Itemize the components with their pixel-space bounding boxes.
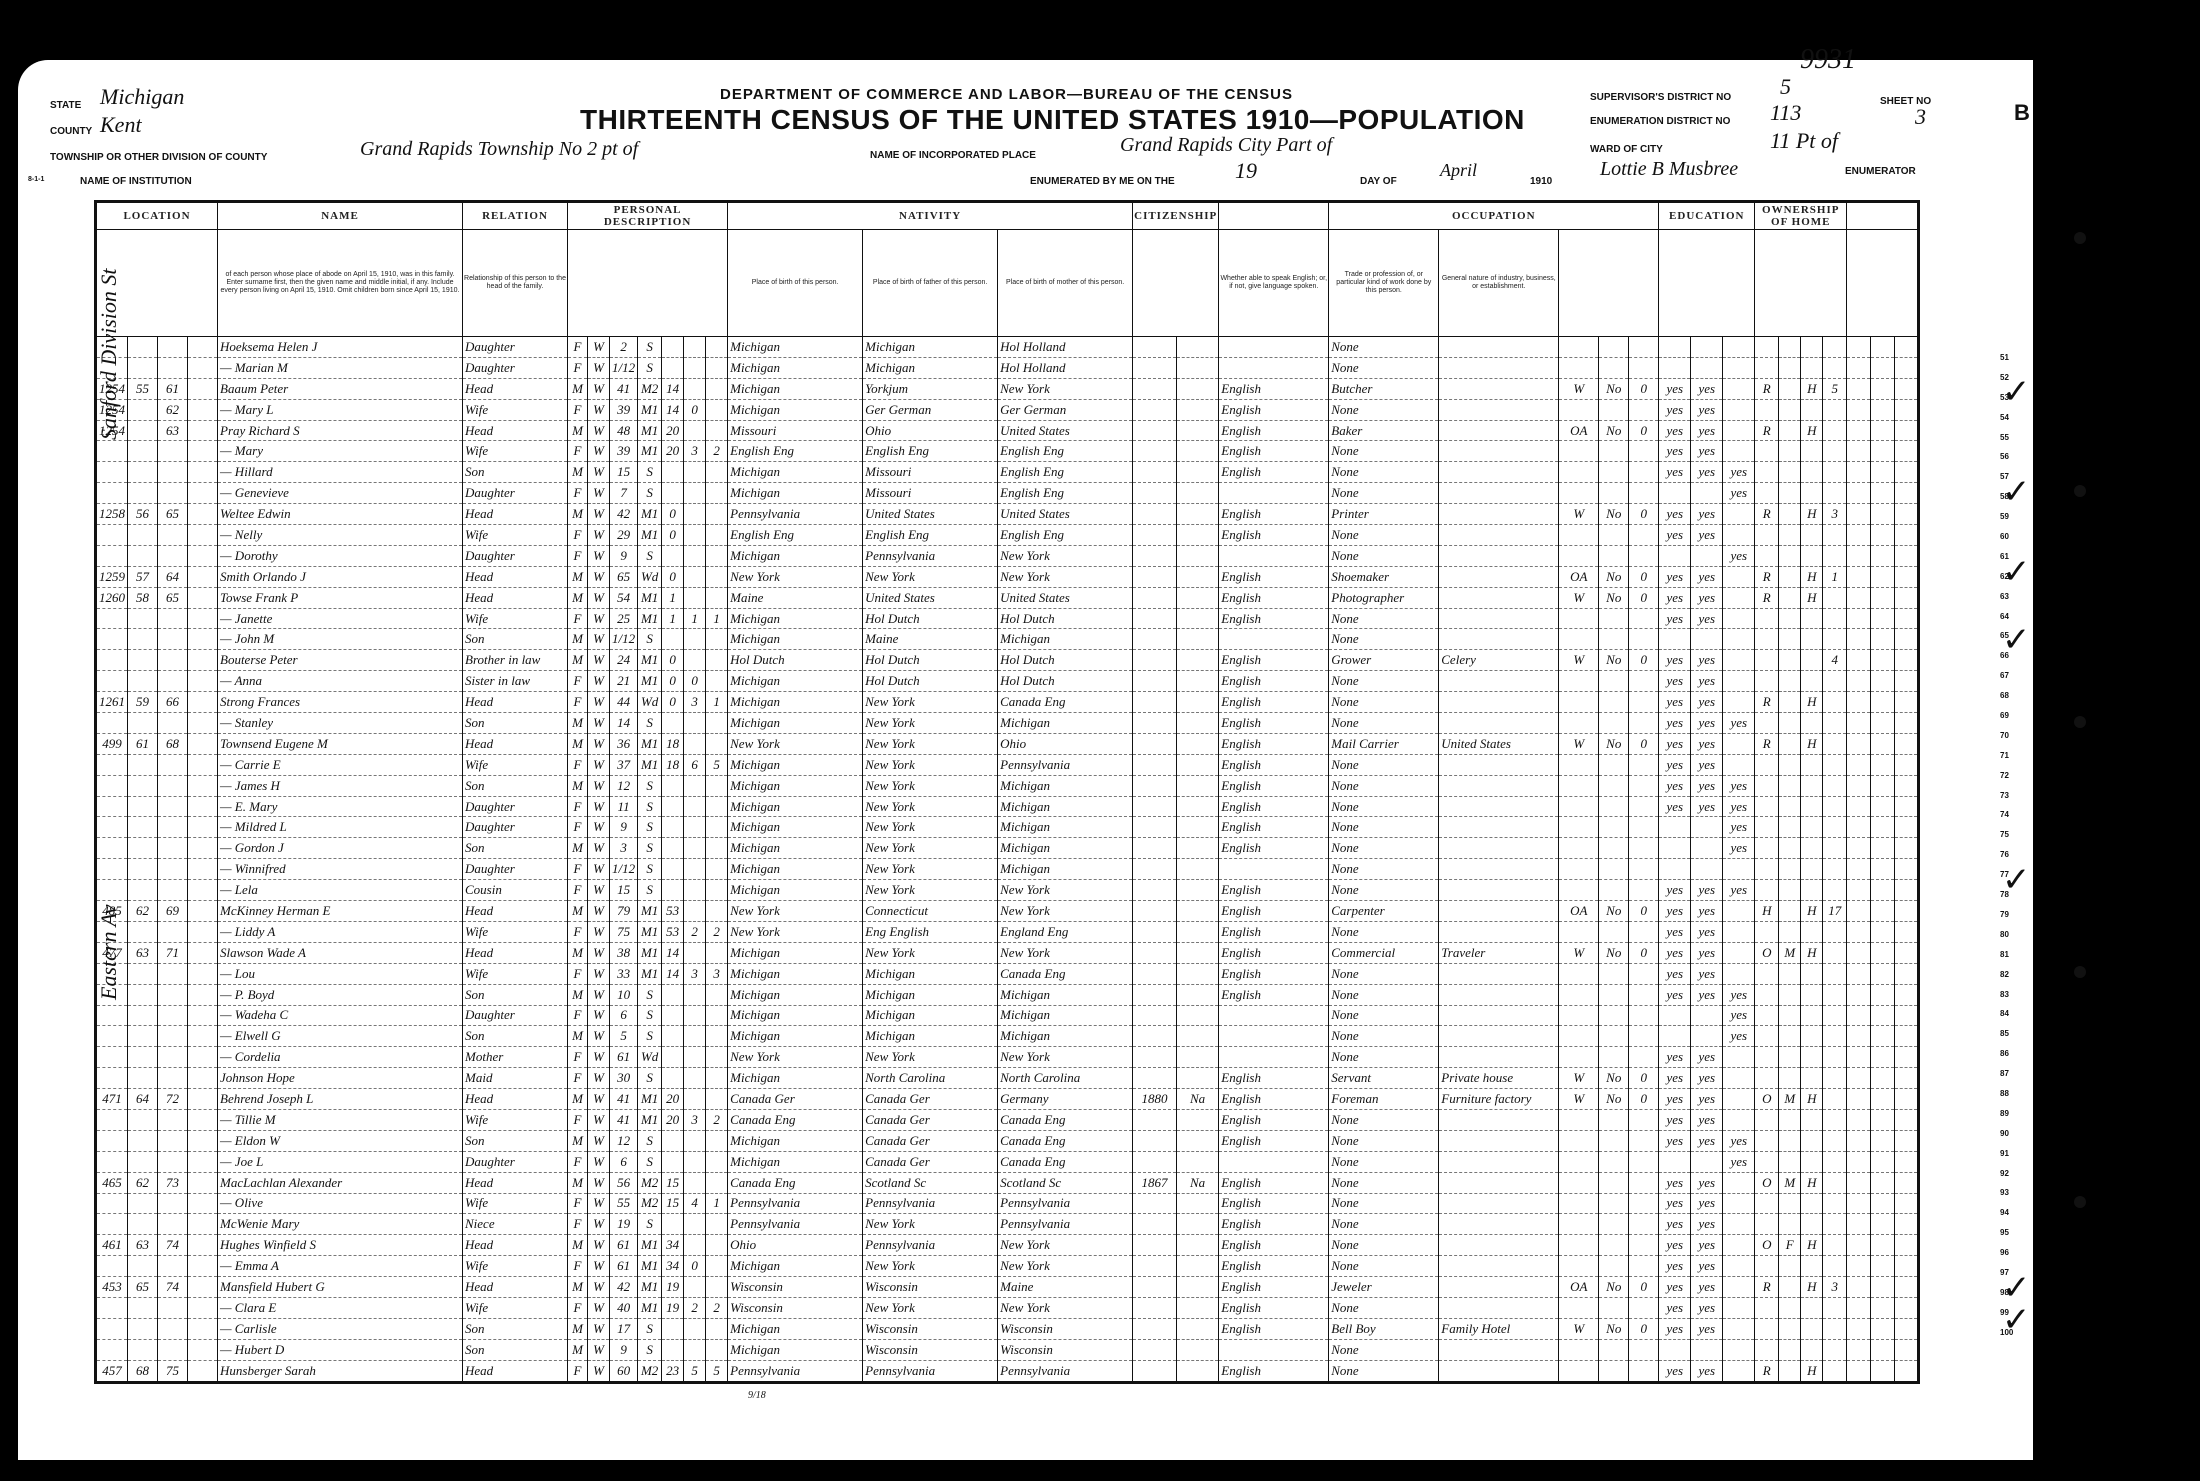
- cell-occupation: Jeweler: [1329, 1277, 1439, 1298]
- cell-birth: Pennsylvania: [728, 504, 863, 525]
- cell-sched: 3: [1823, 1277, 1847, 1298]
- cell-weeks: [1629, 692, 1659, 713]
- cell-mort: [1779, 545, 1801, 566]
- cell-marital: M1: [638, 504, 662, 525]
- cell-immig: [1133, 545, 1177, 566]
- cell-age: 1/12: [610, 859, 638, 880]
- cell-language: English: [1219, 1089, 1329, 1110]
- cell-x3: [1895, 608, 1919, 629]
- cell-x1: [1847, 1214, 1871, 1235]
- cell-line-blank: [188, 378, 218, 399]
- cell-immig: [1133, 1151, 1177, 1172]
- cell-immig: [1133, 880, 1177, 901]
- cell-occupation: None: [1329, 483, 1439, 504]
- cell-weeks: [1629, 441, 1659, 462]
- checkmark-icon: ✓: [2002, 1300, 2031, 1340]
- cell-children-living: [706, 1130, 728, 1151]
- cell-occupation: None: [1329, 817, 1439, 838]
- cell-x2: [1871, 1089, 1895, 1110]
- cell-father-birth: United States: [863, 504, 998, 525]
- cell-children-born: [684, 1277, 706, 1298]
- cell-read: yes: [1659, 754, 1691, 775]
- cell-industry: [1439, 629, 1559, 650]
- cell-sex: F: [568, 337, 588, 358]
- sheet-side: B: [2014, 100, 2030, 126]
- cell-write: yes: [1691, 1047, 1723, 1068]
- cell-name: Townsend Eugene M: [218, 733, 463, 754]
- cell-family: [158, 1026, 188, 1047]
- cell-write: yes: [1691, 775, 1723, 796]
- cell-family: 63: [158, 420, 188, 441]
- table-row: — Emma AWifeFW61M1340MichiganNew YorkNew…: [96, 1256, 1919, 1277]
- cell-industry: [1439, 1256, 1559, 1277]
- cell-sex: M: [568, 378, 588, 399]
- cell-father-birth: Michigan: [863, 984, 998, 1005]
- cell-sex: F: [568, 1297, 588, 1318]
- cell-birth: Canada Ger: [728, 1089, 863, 1110]
- punch-hole-icon: [2074, 232, 2086, 244]
- cell-street-no: [96, 1256, 128, 1277]
- cell-school: [1723, 1047, 1755, 1068]
- cell-race: W: [588, 608, 610, 629]
- cell-x2: [1871, 1339, 1895, 1360]
- cell-language: English: [1219, 671, 1329, 692]
- cell-birth: Michigan: [728, 545, 863, 566]
- colhead-trade: Trade or profession of, or particular ki…: [1329, 230, 1439, 337]
- cell-write: yes: [1691, 1214, 1723, 1235]
- cell-children-living: [706, 650, 728, 671]
- cell-children-born: 4: [684, 1193, 706, 1214]
- table-row: — HillardSonMW15SMichiganMissouriEnglish…: [96, 462, 1919, 483]
- cell-race: W: [588, 713, 610, 734]
- cell-line-blank: [188, 1005, 218, 1026]
- cell-weeks: [1629, 462, 1659, 483]
- cell-unemp: [1599, 984, 1629, 1005]
- cell-age: 11: [610, 796, 638, 817]
- line-number: 73: [2000, 786, 2030, 806]
- cell-birth: Missouri: [728, 420, 863, 441]
- cell-marital: M2: [638, 378, 662, 399]
- cell-dwelling: [128, 1318, 158, 1339]
- cell-birth: Michigan: [728, 337, 863, 358]
- cell-sex: F: [568, 1109, 588, 1130]
- line-number: 84: [2000, 1004, 2030, 1024]
- cell-dwelling: [128, 754, 158, 775]
- cell-relation: Son: [463, 629, 568, 650]
- cell-race: W: [588, 1214, 610, 1235]
- cell-write: yes: [1691, 942, 1723, 963]
- cell-birth: Hol Dutch: [728, 650, 863, 671]
- cell-children-living: 3: [706, 963, 728, 984]
- cell-x1: [1847, 1047, 1871, 1068]
- cell-age: 38: [610, 942, 638, 963]
- cell-occupation: None: [1329, 462, 1439, 483]
- cell-unemp: [1599, 1172, 1629, 1193]
- cell-read: [1659, 337, 1691, 358]
- cell-yrs-married: 1: [662, 587, 684, 608]
- cell-school: [1723, 1214, 1755, 1235]
- cell-age: 61: [610, 1235, 638, 1256]
- cell-read: yes: [1659, 1193, 1691, 1214]
- cell-industry: United States: [1439, 733, 1559, 754]
- cell-x2: [1871, 483, 1895, 504]
- cell-x1: [1847, 1109, 1871, 1130]
- cell-line-blank: [188, 1256, 218, 1277]
- cell-father-birth: Wisconsin: [863, 1339, 998, 1360]
- cell-unemp: [1599, 441, 1629, 462]
- cell-immig: [1133, 1068, 1177, 1089]
- cell-family: 73: [158, 1172, 188, 1193]
- cell-language: English: [1219, 566, 1329, 587]
- cell-relation: Son: [463, 984, 568, 1005]
- cell-birth: New York: [728, 733, 863, 754]
- cell-occupation: Baker: [1329, 420, 1439, 441]
- cell-yrs-married: [662, 817, 684, 838]
- cell-father-birth: Wisconsin: [863, 1318, 998, 1339]
- cell-children-living: [706, 942, 728, 963]
- cell-father-birth: New York: [863, 1256, 998, 1277]
- cell-yrs-married: 34: [662, 1256, 684, 1277]
- cell-unemp: [1599, 357, 1629, 378]
- cell-sched: [1823, 629, 1847, 650]
- cell-read: yes: [1659, 880, 1691, 901]
- cell-street-no: [96, 483, 128, 504]
- cell-age: 7: [610, 483, 638, 504]
- cell-dwelling: [128, 963, 158, 984]
- cell-read: yes: [1659, 1068, 1691, 1089]
- cell-emp: [1559, 1109, 1599, 1130]
- cell-x2: [1871, 1109, 1895, 1130]
- cell-marital: S: [638, 629, 662, 650]
- cell-language: English: [1219, 1130, 1329, 1151]
- cell-unemp: No: [1599, 1277, 1629, 1298]
- cell-occupation: Foreman: [1329, 1089, 1439, 1110]
- cell-sched: [1823, 838, 1847, 859]
- cell-unemp: [1599, 1005, 1629, 1026]
- cell-street-no: 465: [96, 1172, 128, 1193]
- cell-unemp: [1599, 1130, 1629, 1151]
- cell-unemp: [1599, 671, 1629, 692]
- cell-name: Mansfield Hubert G: [218, 1277, 463, 1298]
- cell-father-birth: English Eng: [863, 441, 998, 462]
- cell-age: 10: [610, 984, 638, 1005]
- table-row: — JanetteWifeFW25M1111MichiganHol DutchH…: [96, 608, 1919, 629]
- cell-unemp: No: [1599, 504, 1629, 525]
- cell-mort: [1779, 1047, 1801, 1068]
- cell-x3: [1895, 378, 1919, 399]
- cell-x1: [1847, 525, 1871, 546]
- cell-yrs-married: 20: [662, 441, 684, 462]
- cell-sched: [1823, 671, 1847, 692]
- cell-age: 9: [610, 817, 638, 838]
- cell-sex: F: [568, 608, 588, 629]
- cell-own: O: [1755, 1089, 1779, 1110]
- cell-relation: Son: [463, 1130, 568, 1151]
- cell-x2: [1871, 754, 1895, 775]
- cell-sex: M: [568, 733, 588, 754]
- cell-own: [1755, 399, 1779, 420]
- cell-occupation: None: [1329, 1360, 1439, 1382]
- cell-weeks: [1629, 1047, 1659, 1068]
- cell-industry: [1439, 399, 1559, 420]
- cell-industry: [1439, 566, 1559, 587]
- line-number: 86: [2000, 1044, 2030, 1064]
- cell-x1: [1847, 420, 1871, 441]
- cell-unemp: No: [1599, 378, 1629, 399]
- cell-language: English: [1219, 713, 1329, 734]
- cell-language: English: [1219, 1214, 1329, 1235]
- cell-mother-birth: English Eng: [998, 525, 1133, 546]
- cell-dwelling: [128, 337, 158, 358]
- cell-birth: Michigan: [728, 817, 863, 838]
- cell-x1: [1847, 650, 1871, 671]
- cell-name: — Clara E: [218, 1297, 463, 1318]
- cell-x1: [1847, 1089, 1871, 1110]
- cell-occupation: Mail Carrier: [1329, 733, 1439, 754]
- cell-school: [1723, 963, 1755, 984]
- cell-read: yes: [1659, 1360, 1691, 1382]
- cell-school: [1723, 1068, 1755, 1089]
- cell-x2: [1871, 378, 1895, 399]
- cell-children-living: [706, 1214, 728, 1235]
- cell-sched: [1823, 1089, 1847, 1110]
- cell-race: W: [588, 483, 610, 504]
- cell-farm: [1801, 817, 1823, 838]
- cell-children-living: 1: [706, 692, 728, 713]
- cell-weeks: [1629, 629, 1659, 650]
- cell-farm: [1801, 796, 1823, 817]
- group-ownership: OWNERSHIP OF HOME: [1755, 202, 1847, 230]
- cell-school: [1723, 525, 1755, 546]
- cell-natz: [1176, 462, 1218, 483]
- cell-farm: H: [1801, 420, 1823, 441]
- cell-x1: [1847, 378, 1871, 399]
- cell-relation: Wife: [463, 525, 568, 546]
- cell-street-no: 471: [96, 1089, 128, 1110]
- cell-natz: [1176, 545, 1218, 566]
- cell-name: Strong Frances: [218, 692, 463, 713]
- cell-x2: [1871, 1214, 1895, 1235]
- cell-write: [1691, 1151, 1723, 1172]
- cell-race: W: [588, 1277, 610, 1298]
- cell-industry: Traveler: [1439, 942, 1559, 963]
- sheet-number: 3: [1915, 104, 1926, 130]
- ward-value: 11 Pt of: [1770, 128, 1838, 154]
- cell-x2: [1871, 671, 1895, 692]
- cell-emp: [1559, 984, 1599, 1005]
- cell-industry: [1439, 838, 1559, 859]
- cell-weeks: 0: [1629, 378, 1659, 399]
- cell-natz: [1176, 566, 1218, 587]
- cell-father-birth: Wisconsin: [863, 1277, 998, 1298]
- cell-emp: [1559, 1005, 1599, 1026]
- cell-mother-birth: Pennsylvania: [998, 1214, 1133, 1235]
- cell-own: R: [1755, 420, 1779, 441]
- cell-read: yes: [1659, 504, 1691, 525]
- cell-immig: [1133, 504, 1177, 525]
- cell-race: W: [588, 796, 610, 817]
- census-table: LOCATION NAME RELATION PERSONAL DESCRIPT…: [94, 200, 1920, 1384]
- cell-industry: [1439, 1026, 1559, 1047]
- cell-emp: [1559, 692, 1599, 713]
- cell-yrs-married: 0: [662, 671, 684, 692]
- cell-x3: [1895, 880, 1919, 901]
- table-row: 4536574Mansfield Hubert GHeadMW42M119Wis…: [96, 1277, 1919, 1298]
- cell-age: 12: [610, 1130, 638, 1151]
- cell-children-born: [684, 650, 706, 671]
- cell-x1: [1847, 1193, 1871, 1214]
- cell-father-birth: Michigan: [863, 963, 998, 984]
- cell-children-living: [706, 1005, 728, 1026]
- cell-natz: [1176, 901, 1218, 922]
- cell-farm: H: [1801, 566, 1823, 587]
- cell-industry: [1439, 921, 1559, 942]
- cell-unemp: No: [1599, 566, 1629, 587]
- cell-unemp: [1599, 859, 1629, 880]
- cell-own: [1755, 1005, 1779, 1026]
- cell-father-birth: Canada Ger: [863, 1151, 998, 1172]
- cell-father-birth: New York: [863, 1047, 998, 1068]
- cell-children-born: 2: [684, 1297, 706, 1318]
- cell-children-living: 5: [706, 1360, 728, 1382]
- cell-x1: [1847, 942, 1871, 963]
- cell-mort: [1779, 357, 1801, 378]
- cell-weeks: [1629, 483, 1659, 504]
- cell-dwelling: [128, 713, 158, 734]
- cell-family: [158, 921, 188, 942]
- cell-street-no: [96, 1214, 128, 1235]
- cell-x1: [1847, 629, 1871, 650]
- cell-dwelling: [128, 629, 158, 650]
- cell-mort: [1779, 754, 1801, 775]
- institution-label: NAME OF INSTITUTION: [80, 176, 192, 187]
- table-row: Johnson HopeMaidFW30SMichiganNorth Carol…: [96, 1068, 1919, 1089]
- cell-farm: H: [1801, 504, 1823, 525]
- cell-line-blank: [188, 1151, 218, 1172]
- cell-father-birth: Hol Dutch: [863, 650, 998, 671]
- cell-mort: [1779, 1360, 1801, 1382]
- cell-farm: [1801, 650, 1823, 671]
- cell-line-blank: [188, 775, 218, 796]
- cell-weeks: 0: [1629, 1318, 1659, 1339]
- table-row: 125462— Mary LWifeFW39M1140MichiganGer G…: [96, 399, 1919, 420]
- cell-line-blank: [188, 1297, 218, 1318]
- cell-mort: M: [1779, 942, 1801, 963]
- cell-emp: [1559, 608, 1599, 629]
- cell-relation: Wife: [463, 1256, 568, 1277]
- cell-line-blank: [188, 984, 218, 1005]
- cell-industry: [1439, 1214, 1559, 1235]
- cell-mort: [1779, 963, 1801, 984]
- cell-line-blank: [188, 671, 218, 692]
- cell-family: [158, 713, 188, 734]
- cell-occupation: None: [1329, 880, 1439, 901]
- cell-own: O: [1755, 942, 1779, 963]
- cell-x1: [1847, 1172, 1871, 1193]
- cell-natz: [1176, 1047, 1218, 1068]
- cell-immig: [1133, 1235, 1177, 1256]
- cell-race: W: [588, 1109, 610, 1130]
- cell-yrs-married: [662, 1026, 684, 1047]
- cell-industry: [1439, 1360, 1559, 1382]
- cell-x2: [1871, 504, 1895, 525]
- cell-line-blank: [188, 1089, 218, 1110]
- cell-father-birth: New York: [863, 754, 998, 775]
- cell-marital: S: [638, 1318, 662, 1339]
- cell-natz: [1176, 921, 1218, 942]
- cell-race: W: [588, 462, 610, 483]
- cell-industry: [1439, 901, 1559, 922]
- cell-sex: F: [568, 1151, 588, 1172]
- cell-industry: [1439, 1047, 1559, 1068]
- cell-children-born: [684, 587, 706, 608]
- cell-unemp: [1599, 1026, 1629, 1047]
- cell-mort: [1779, 504, 1801, 525]
- cell-relation: Head: [463, 420, 568, 441]
- cell-dwelling: [128, 545, 158, 566]
- cell-language: English: [1219, 692, 1329, 713]
- cell-age: 19: [610, 1214, 638, 1235]
- cell-language: English: [1219, 441, 1329, 462]
- cell-read: [1659, 545, 1691, 566]
- table-row: — LelaCousinFW15SMichiganNew YorkNew Yor…: [96, 880, 1919, 901]
- cell-own: [1755, 1109, 1779, 1130]
- cell-language: English: [1219, 504, 1329, 525]
- cell-school: [1723, 441, 1755, 462]
- cell-immig: 1867: [1133, 1172, 1177, 1193]
- cell-read: [1659, 629, 1691, 650]
- cell-dwelling: [128, 608, 158, 629]
- cell-emp: [1559, 713, 1599, 734]
- cell-unemp: [1599, 1297, 1629, 1318]
- cell-occupation: None: [1329, 399, 1439, 420]
- cell-father-birth: New York: [863, 817, 998, 838]
- cell-yrs-married: 0: [662, 525, 684, 546]
- cell-emp: W: [1559, 1318, 1599, 1339]
- cell-marital: S: [638, 483, 662, 504]
- cell-dwelling: [128, 1297, 158, 1318]
- cell-dwelling: [128, 1068, 158, 1089]
- line-number: 87: [2000, 1064, 2030, 1084]
- cell-x2: [1871, 733, 1895, 754]
- cell-language: [1219, 859, 1329, 880]
- cell-natz: [1176, 483, 1218, 504]
- cell-school: [1723, 1109, 1755, 1130]
- colhead-father-birth: Place of birth of father of this person.: [863, 230, 998, 337]
- cell-farm: H: [1801, 1235, 1823, 1256]
- cell-street-no: [96, 775, 128, 796]
- state-label: STATE: [50, 100, 81, 111]
- cell-relation: Wife: [463, 441, 568, 462]
- cell-sched: [1823, 796, 1847, 817]
- line-number: 55: [2000, 428, 2030, 448]
- cell-sched: [1823, 921, 1847, 942]
- cell-children-born: [684, 733, 706, 754]
- cell-unemp: No: [1599, 901, 1629, 922]
- cell-immig: [1133, 441, 1177, 462]
- table-row: — Gordon JSonMW3SMichiganNew YorkMichiga…: [96, 838, 1919, 859]
- cell-sched: [1823, 1172, 1847, 1193]
- cell-write: yes: [1691, 420, 1723, 441]
- cell-age: 41: [610, 1109, 638, 1130]
- cell-natz: Na: [1176, 1089, 1218, 1110]
- cell-farm: [1801, 525, 1823, 546]
- cell-race: W: [588, 692, 610, 713]
- cell-x2: [1871, 1151, 1895, 1172]
- cell-mother-birth: Michigan: [998, 1026, 1133, 1047]
- cell-x2: [1871, 880, 1895, 901]
- cell-family: 71: [158, 942, 188, 963]
